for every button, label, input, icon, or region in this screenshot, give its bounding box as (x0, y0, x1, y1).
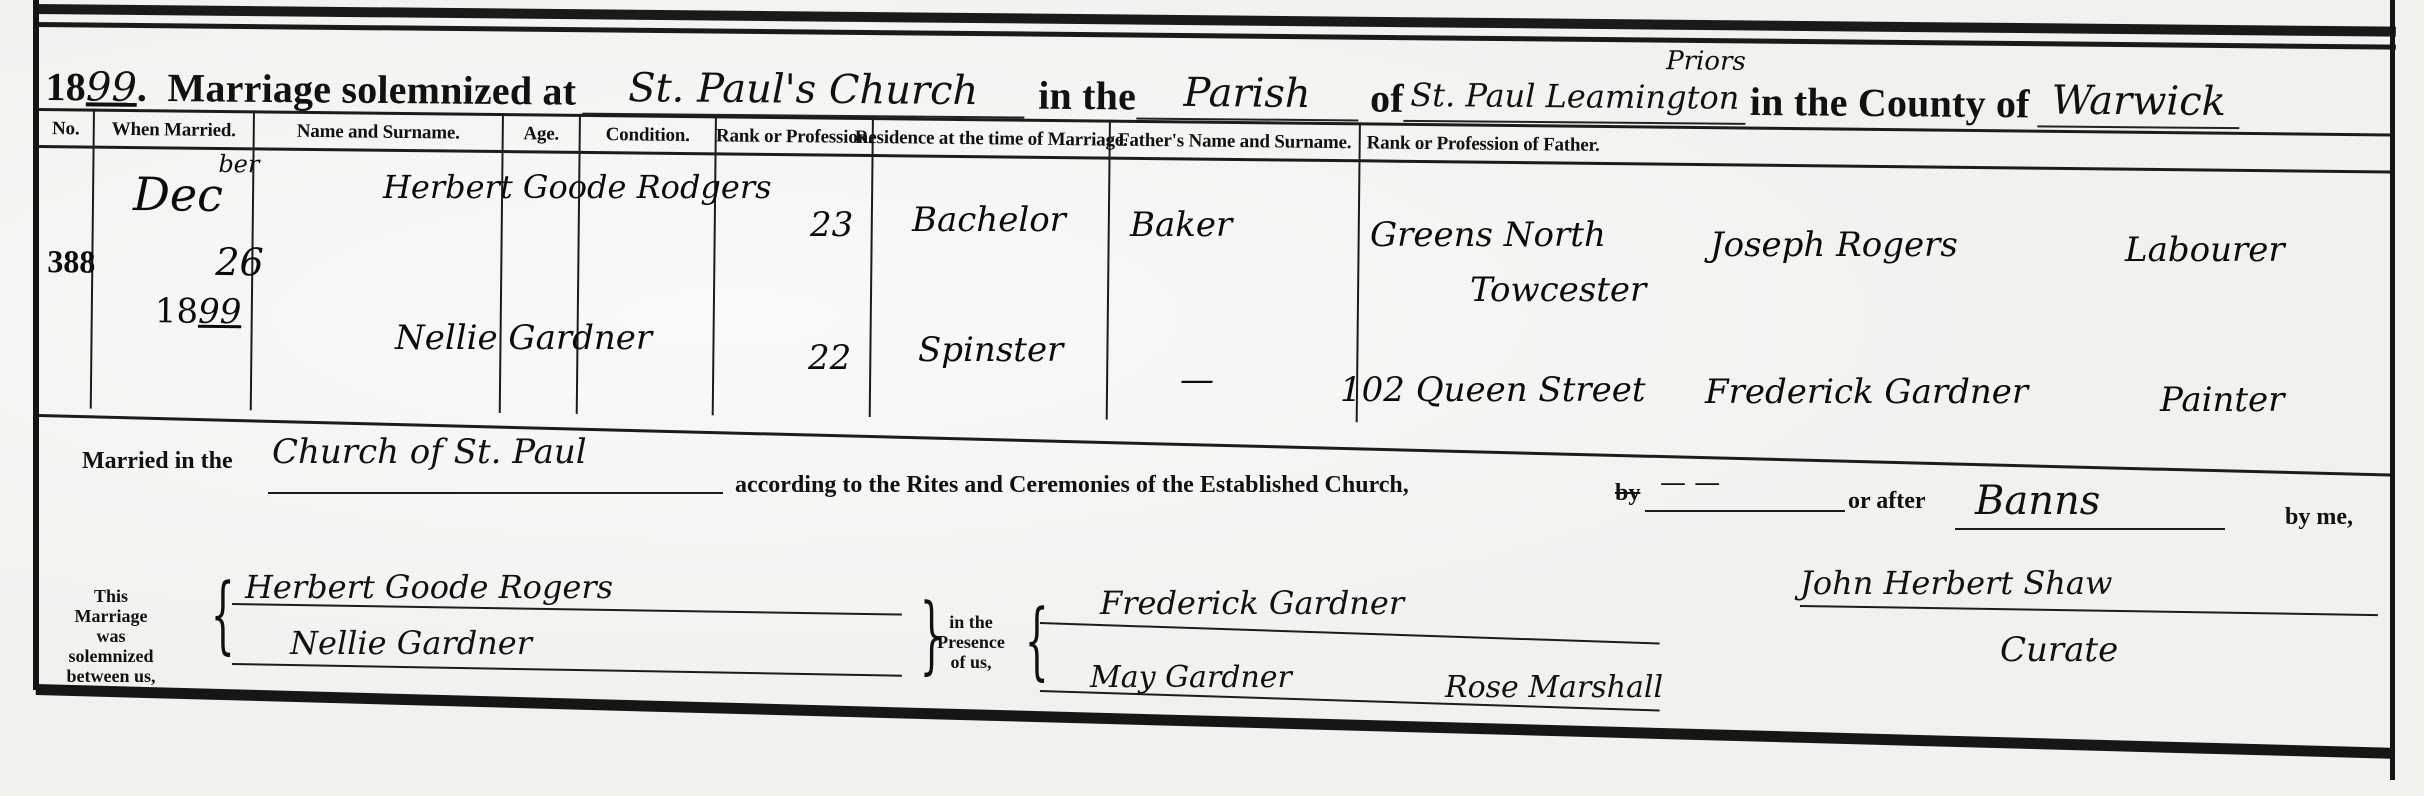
district-insert: Priors (1666, 46, 1746, 77)
presence-label-line2: Presence (936, 632, 1006, 652)
bride-signature-line (232, 663, 902, 677)
married-in-label: Married in the (82, 448, 233, 475)
year-printed: 18 (45, 63, 86, 110)
between-label-line3: between us, (56, 666, 166, 686)
right-frame-border (2390, 0, 2395, 780)
bride-condition: Spinster (918, 330, 1063, 370)
officiant-signature: John Herbert Shaw (1800, 564, 2112, 602)
witness-2-signature: May Gardner (1090, 660, 1292, 695)
between-label-line1: This Marriage (56, 586, 166, 626)
date-month-superscript: ber (218, 150, 259, 178)
banns-value: Banns (1975, 478, 2100, 524)
bride-signature: Nellie Gardner (290, 624, 532, 662)
church-of-marriage: Church of St. Paul (272, 432, 587, 472)
date-year: 1899 (155, 291, 242, 332)
middle-brace-left: { (1025, 598, 1049, 682)
date-day: 26 (215, 240, 264, 285)
groom-condition: Bachelor (912, 200, 1066, 240)
bride-father: Frederick Gardner (1705, 372, 2028, 412)
year-handwritten: 99 (86, 64, 137, 110)
top-border-rule (36, 4, 2396, 37)
witness-1-signature: Frederick Gardner (1100, 584, 1404, 622)
register-page: 18 99 . Marriage solemnized at St. Paul'… (0, 0, 2424, 796)
in-the-text: in the (1038, 72, 1136, 120)
bride-rank: — (1180, 360, 1214, 400)
groom-father: Joseph Rogers (1710, 225, 1958, 265)
between-us-label: This Marriage was solemnized between us, (56, 586, 166, 686)
heading-text: Marriage solemnized at (167, 64, 576, 115)
licence-underline (1645, 510, 1845, 512)
presence-label-line3: of us, (936, 652, 1006, 672)
or-after-label: or after (1848, 488, 1926, 515)
district-name: St. Paul Leamington (1410, 76, 1739, 117)
witness-1-line (1040, 622, 1660, 645)
bride-father-rank: Painter (2160, 380, 2284, 420)
entry-number: 388 (47, 243, 95, 281)
officiant-title: Curate (2000, 630, 2118, 670)
groom-father-rank: Labourer (2125, 230, 2285, 270)
groom-rank: Baker (1130, 205, 1232, 245)
banns-underline (1955, 528, 2225, 530)
church-field: St. Paul's Church (582, 63, 1024, 119)
date-month: Dec (133, 167, 223, 222)
groom-age: 23 (810, 205, 853, 245)
bride-age: 22 (808, 338, 851, 378)
date-year-handwritten: 99 (198, 292, 242, 332)
presence-label: in the Presence of us, (936, 612, 1006, 672)
by-me-label: by me, (2285, 504, 2353, 531)
by-licence-struck: by (1615, 480, 1640, 507)
left-brace: { (211, 572, 235, 656)
year-period: . (137, 64, 168, 111)
between-label-line2: was solemnized (56, 626, 166, 666)
church-underline (268, 492, 723, 494)
groom-residence-line1: Greens North (1370, 215, 1606, 255)
groom-residence-line2: Towcester (1470, 270, 1646, 310)
bride-name: Nellie Gardner (395, 318, 652, 358)
witness-3-signature: Rose Marshall (1445, 670, 1663, 705)
bride-residence: 102 Queen Street (1340, 370, 1646, 410)
licence-blank: — — (1660, 468, 1720, 498)
date-year-printed: 18 (155, 291, 199, 331)
district-type-field: Parish (1136, 68, 1358, 122)
of-text: of (1370, 75, 1404, 122)
county-label: in the County of (1750, 78, 2030, 127)
groom-name: Herbert Goode Rodgers (383, 168, 772, 206)
presence-label-line1: in the (936, 612, 1006, 632)
rites-text: according to the Rites and Ceremonies of… (735, 472, 1409, 499)
register-table: No. When Married. Name and Surname. Age.… (36, 108, 2391, 453)
county-field: Warwick (2037, 75, 2239, 129)
officiant-line (1800, 605, 2378, 616)
groom-signature: Herbert Goode Rogers (245, 568, 613, 606)
